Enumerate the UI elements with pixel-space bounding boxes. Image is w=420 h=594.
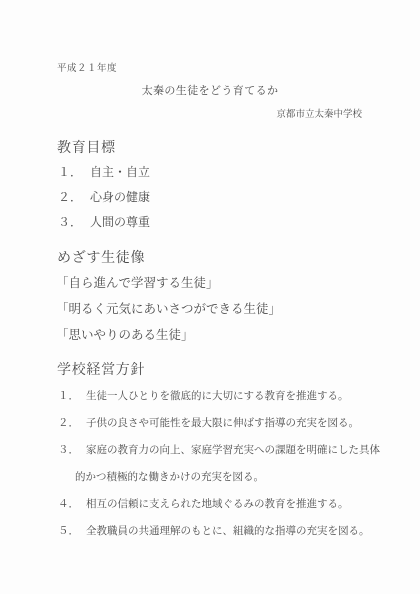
item-text: 全教職員の共通理解のもとに、組織的な指導の充実を図る。 — [86, 526, 370, 537]
student-profile-quote: 「思いやりのある生徒」 — [56, 329, 281, 342]
management-policy-heading: 学校経営方針 — [57, 364, 145, 378]
item-number: ４． — [58, 492, 79, 519]
management-policy-list: １．生徒一人ひとりを徹底的に大切にする教育を推進する。 ２．子供の良さや可能性を… — [58, 384, 380, 546]
document-title: 太秦の生徒をどう育てるか — [0, 86, 420, 97]
list-item: ３．人間の尊重 — [58, 216, 150, 228]
item-text: 生徒一人ひとりを徹底的に大切にする教育を推進する。 — [86, 391, 349, 402]
list-item: ４．相互の信頼に支えられた地域ぐるみの教育を推進する。 — [58, 492, 380, 519]
student-profile-list: 「自ら進んで学習する生徒」 「明るく元気にあいさつができる生徒」 「思いやりのあ… — [56, 277, 281, 355]
item-number: ５． — [58, 519, 79, 546]
school-name-label: 京都市立太秦中学校 — [276, 111, 362, 121]
list-item: ２．子供の良さや可能性を最大限に伸ばす指導の充実を図る。 — [58, 411, 380, 438]
list-item: １．自主・自立 — [58, 166, 150, 178]
list-item: １．生徒一人ひとりを徹底的に大切にする教育を推進する。 — [58, 384, 380, 411]
list-item: ２．心身の健康 — [58, 191, 150, 203]
student-profile-quote: 「自ら進んで学習する生徒」 — [56, 277, 281, 290]
item-text: 子供の良さや可能性を最大限に伸ばす指導の充実を図る。 — [86, 418, 359, 429]
education-goals-list: １．自主・自立 ２．心身の健康 ３．人間の尊重 — [58, 166, 150, 241]
item-text: 心身の健康 — [90, 190, 150, 204]
list-item: ５．全教職員の共通理解のもとに、組織的な指導の充実を図る。 — [58, 519, 380, 546]
item-text: 自主・自立 — [90, 165, 150, 179]
item-text: 相互の信頼に支えられた地域ぐるみの教育を推進する。 — [86, 499, 349, 510]
student-profile-quote: 「明るく元気にあいさつができる生徒」 — [56, 303, 281, 316]
fiscal-year-label: 平成２１年度 — [57, 65, 117, 75]
item-text: 家庭の教育力の向上、家庭学習充実への課題を明確にした具体的かつ積極的な働きかけの… — [75, 445, 380, 483]
item-number: １． — [58, 166, 90, 178]
list-item: ３．家庭の教育力の向上、家庭学習充実への課題を明確にした具体的かつ積極的な働きか… — [58, 438, 380, 491]
item-number: ２． — [58, 191, 90, 203]
document-page: 平成２１年度 太秦の生徒をどう育てるか 京都市立太秦中学校 教育目標 １．自主・… — [0, 0, 420, 594]
item-number: １． — [58, 384, 79, 411]
item-number: ３． — [58, 438, 79, 465]
education-goals-heading: 教育目標 — [57, 142, 116, 156]
student-profile-heading: めざす生徒像 — [57, 252, 145, 266]
item-number: ２． — [58, 411, 79, 438]
item-text: 人間の尊重 — [90, 215, 150, 229]
item-number: ３． — [58, 216, 90, 228]
